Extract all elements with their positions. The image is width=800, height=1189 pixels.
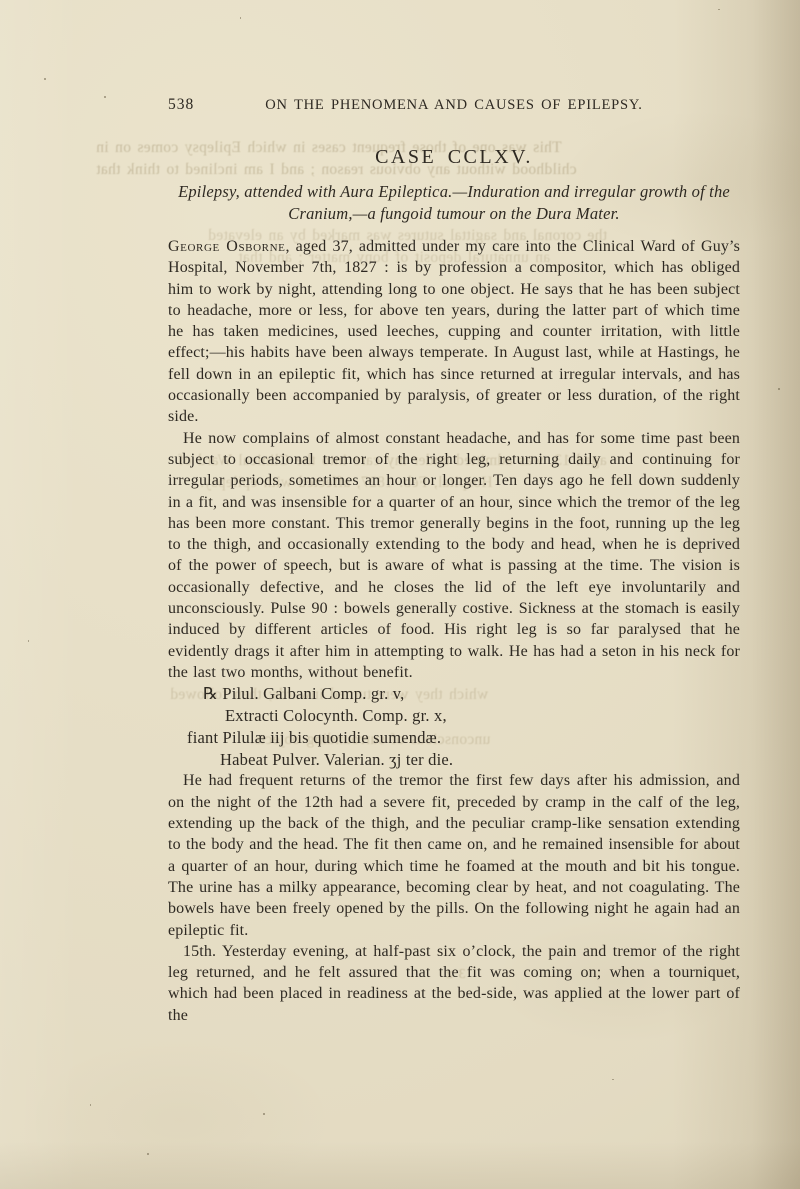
book-page-scan: This was one of those frequent cases in …: [0, 0, 800, 1189]
paragraph-history: George Osborne, aged 37, admitted under …: [168, 236, 740, 428]
page-body: CASE CCLXV. Epilepsy, attended with Aura…: [168, 0, 740, 1026]
paragraph-progress: He had frequent returns of the tremor th…: [168, 770, 740, 940]
case-text: George Osborne, aged 37, admitted under …: [168, 236, 740, 1026]
case-subtitle: Epilepsy, attended with Aura Epileptica.…: [168, 181, 740, 224]
paragraph-symptoms: He now complains of almost constant head…: [168, 428, 740, 684]
paragraph-15th: 15th. Yesterday evening, at half-past si…: [168, 941, 740, 1026]
patient-name: George Osborne: [168, 238, 285, 255]
case-subtitle-line1: Epilepsy, attended with Aura Epileptica.…: [178, 182, 730, 201]
case-subtitle-line2: Cranium,—a fungoid tumour on the Dura Ma…: [288, 204, 619, 223]
paragraph-history-text: , aged 37, admitted under my care into t…: [168, 238, 740, 425]
prescription-line: ℞ Pilul. Galbani Comp. gr. v,: [203, 683, 740, 705]
printed-content: 538 ON THE PHENOMENA AND CAUSES OF EPILE…: [0, 0, 800, 1189]
case-heading: CASE CCLXV.: [168, 146, 740, 169]
prescription-line: Habeat Pulver. Valerian. ʒj ter die.: [220, 749, 740, 771]
prescription-block: ℞ Pilul. Galbani Comp. gr. v, Extracti C…: [168, 683, 740, 770]
prescription-line: Extracti Colocynth. Comp. gr. x,: [225, 705, 740, 727]
prescription-line: fiant Pilulæ iij bis quotidie sumendæ.: [187, 727, 740, 749]
